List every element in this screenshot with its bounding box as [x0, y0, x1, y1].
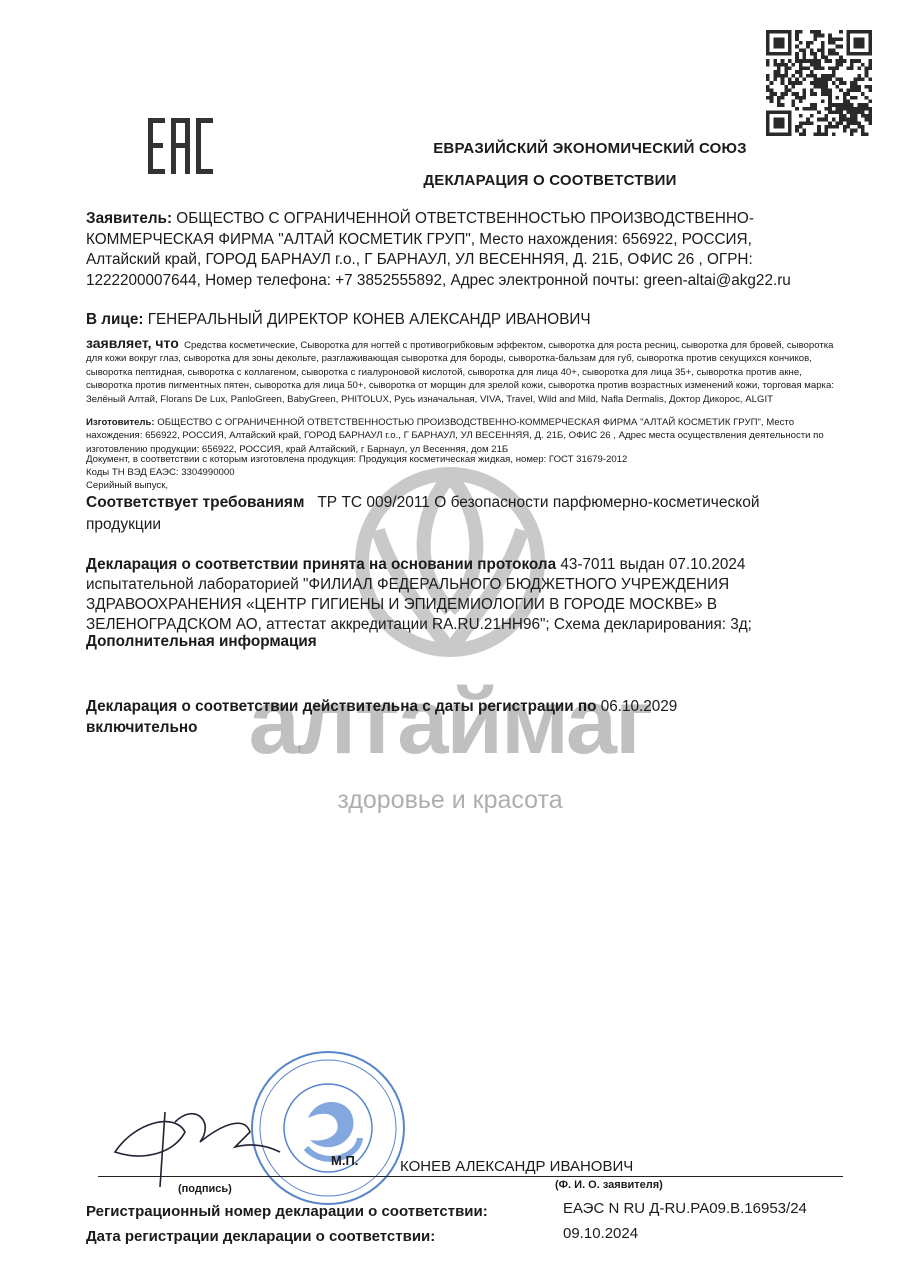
person-section: В лице: ГЕНЕРАЛЬНЫЙ ДИРЕКТОР КОНЕВ АЛЕКС… — [86, 310, 826, 331]
requirements-section: Соответствует требованиям ТР ТС 009/2011… — [86, 492, 826, 536]
name-caption: (Ф. И. О. заявителя) — [555, 1179, 663, 1191]
signature-caption: (подпись) — [178, 1183, 232, 1195]
additional-info-label: Дополнительная информация — [86, 632, 826, 653]
validity-section: Декларация о соответствии действительна … — [86, 697, 766, 738]
document-line: Документ, в соответствии с которым изгот… — [86, 453, 846, 466]
qr-code-icon — [766, 30, 872, 136]
validity-suffix: включительно — [86, 719, 197, 736]
applicant-section: Заявитель: ОБЩЕСТВО С ОГРАНИЧЕННОЙ ОТВЕТ… — [86, 209, 826, 291]
declares-text: Средства косметические, Сыворотка для но… — [86, 340, 834, 405]
registration-date: 09.10.2024 — [563, 1225, 638, 1242]
validity-label: Декларация о соответствии действительна … — [86, 698, 597, 715]
serial-line: Серийный выпуск, — [86, 479, 846, 492]
applicant-name: КОНЕВ АЛЕКСАНДР ИВАНОВИЧ — [400, 1158, 633, 1175]
registration-number: ЕАЭС N RU Д-RU.РА09.В.16953/24 — [563, 1200, 807, 1217]
manufacturer-text: ОБЩЕСТВО С ОГРАНИЧЕННОЙ ОТВЕТСТВЕННОСТЬЮ… — [86, 417, 824, 455]
protocol-section: Декларация о соответствии принята на осн… — [86, 555, 806, 635]
declares-section: заявляет, что Средства косметические, Сы… — [86, 337, 846, 406]
stamp-mark: М.П. — [331, 1153, 358, 1168]
signature-scribble-icon — [105, 1092, 285, 1192]
registration-number-label: Регистрационный номер декларации о соотв… — [86, 1203, 488, 1220]
declares-label: заявляет, что — [86, 335, 179, 351]
protocol-label: Декларация о соответствии принята на осн… — [86, 556, 556, 573]
applicant-text: ОБЩЕСТВО С ОГРАНИЧЕННОЙ ОТВЕТСТВЕННОСТЬЮ… — [86, 210, 791, 289]
requirements-label: Соответствует требованиям — [86, 494, 304, 511]
signature-line — [98, 1176, 843, 1177]
document-title: ДЕКЛАРАЦИЯ О СООТВЕТСТВИИ — [100, 172, 900, 189]
manufacturer-section: Изготовитель: ОБЩЕСТВО С ОГРАНИЧЕННОЙ ОТ… — [86, 416, 846, 456]
validity-date: 06.10.2029 — [601, 698, 678, 715]
codes-line: Коды ТН ВЭД ЕАЭС: 3304990000 — [86, 466, 846, 479]
person-text: ГЕНЕРАЛЬНЫЙ ДИРЕКТОР КОНЕВ АЛЕКСАНДР ИВА… — [148, 311, 591, 328]
manufacturer-label: Изготовитель: — [86, 417, 155, 428]
applicant-label: Заявитель: — [86, 210, 172, 227]
watermark-tagline: здоровье и красота — [230, 786, 670, 815]
registration-date-label: Дата регистрации декларации о соответств… — [86, 1228, 435, 1245]
person-label: В лице: — [86, 311, 143, 328]
union-title: ЕВРАЗИЙСКИЙ ЭКОНОМИЧЕСКИЙ СОЮЗ — [140, 140, 900, 157]
